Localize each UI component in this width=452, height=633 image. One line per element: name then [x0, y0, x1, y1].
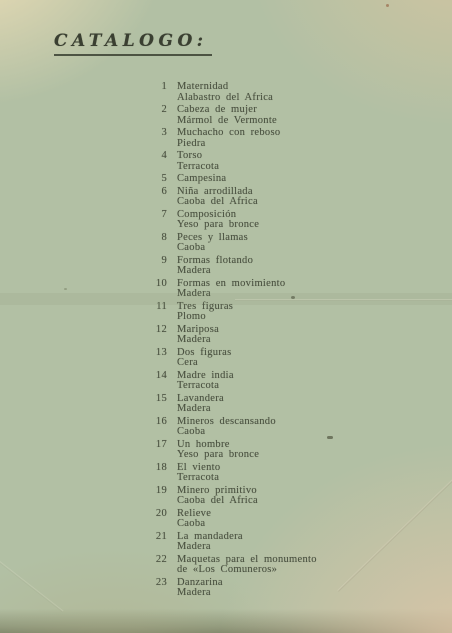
item-number: 14 — [149, 371, 167, 392]
item-material: Madera — [177, 588, 223, 599]
catalog-item: 12 Mariposa Madera — [149, 325, 452, 346]
item-title: Muchacho con reboso — [177, 128, 280, 139]
page-title: CATALOGO: — [54, 31, 212, 56]
item-material: Plomo — [177, 312, 233, 323]
item-title: Maternidad — [177, 82, 273, 93]
item-number: 13 — [149, 348, 167, 369]
item-number: 9 — [149, 256, 167, 277]
item-number: 2 — [149, 105, 167, 126]
item-number: 10 — [149, 279, 167, 300]
item-number: 18 — [149, 463, 167, 484]
item-title: Torso — [177, 151, 219, 162]
catalog-item: 15 Lavandera Madera — [149, 394, 452, 415]
item-material: Terracota — [177, 473, 220, 484]
item-material: Piedra — [177, 139, 280, 150]
item-material: Mármol de Vermonte — [177, 116, 277, 127]
catalog-title-text: CATALOGO: — [54, 31, 212, 56]
item-material: Caoba del Africa — [177, 496, 258, 507]
item-number: 6 — [149, 187, 167, 208]
item-number: 16 — [149, 417, 167, 438]
catalog-item: 5 Campesina — [149, 174, 452, 185]
item-material: Madera — [177, 289, 285, 300]
item-material: Caoba — [177, 519, 211, 530]
catalog-item: 4 Torso Terracota — [149, 151, 452, 172]
catalog-item: 20 Relieve Caoba — [149, 509, 452, 530]
catalog-item: 16 Mineros descansando Caoba — [149, 417, 452, 438]
item-material: Madera — [177, 335, 219, 346]
item-number: 12 — [149, 325, 167, 346]
catalog-page: CATALOGO: 1 Maternidad Alabastro del Afr… — [0, 0, 452, 633]
catalog-item: 14 Madre india Terracota — [149, 371, 452, 392]
item-title: Campesina — [177, 174, 226, 185]
item-material: Alabastro del Africa — [177, 93, 273, 104]
item-material: Madera — [177, 404, 224, 415]
item-number: 11 — [149, 302, 167, 323]
item-number: 3 — [149, 128, 167, 149]
item-number: 19 — [149, 486, 167, 507]
catalog-list: 1 Maternidad Alabastro del Africa 2 Cabe… — [0, 82, 452, 601]
catalog-item: 7 Composición Yeso para bronce — [149, 210, 452, 231]
item-number: 23 — [149, 578, 167, 599]
catalog-item: 10 Formas en movimiento Madera — [149, 279, 452, 300]
item-number: 20 — [149, 509, 167, 530]
catalog-item: 6 Niña arrodillada Caoba del Africa — [149, 187, 452, 208]
catalog-item: 1 Maternidad Alabastro del Africa — [149, 82, 452, 103]
catalog-item: 8 Peces y llamas Caoba — [149, 233, 452, 254]
catalog-item: 11 Tres figuras Plomo — [149, 302, 452, 323]
item-material: Caoba — [177, 243, 248, 254]
item-number: 21 — [149, 532, 167, 553]
item-material: Madera — [177, 266, 253, 277]
item-material: Madera — [177, 542, 243, 553]
item-material: Caoba — [177, 427, 276, 438]
item-material: Caoba del Africa — [177, 197, 258, 208]
item-number: 22 — [149, 555, 167, 576]
item-number: 15 — [149, 394, 167, 415]
paper-speck — [386, 4, 389, 7]
item-number: 17 — [149, 440, 167, 461]
catalog-item: 2 Cabeza de mujer Mármol de Vermonte — [149, 105, 452, 126]
catalog-item: 13 Dos figuras Cera — [149, 348, 452, 369]
item-material: Yeso para bronce — [177, 450, 259, 461]
catalog-item: 17 Un hombre Yeso para bronce — [149, 440, 452, 461]
catalog-item: 21 La mandadera Madera — [149, 532, 452, 553]
item-material: Yeso para bronce — [177, 220, 259, 231]
item-material: Terracota — [177, 162, 219, 173]
item-number: 5 — [149, 174, 167, 185]
catalog-item: 22 Maquetas para el monumento de «Los Co… — [149, 555, 452, 576]
item-material: Terracota — [177, 381, 234, 392]
item-title: Cabeza de mujer — [177, 105, 277, 116]
item-material: Cera — [177, 358, 232, 369]
item-number: 4 — [149, 151, 167, 172]
catalog-item: 9 Formas flotando Madera — [149, 256, 452, 277]
item-number: 8 — [149, 233, 167, 254]
catalog-item: 23 Danzarina Madera — [149, 578, 452, 599]
catalog-item: 3 Muchacho con reboso Piedra — [149, 128, 452, 149]
item-material: de «Los Comuneros» — [177, 565, 317, 576]
catalog-item: 18 El viento Terracota — [149, 463, 452, 484]
item-number: 1 — [149, 82, 167, 103]
catalog-item: 19 Minero primitivo Caoba del Africa — [149, 486, 452, 507]
item-number: 7 — [149, 210, 167, 231]
